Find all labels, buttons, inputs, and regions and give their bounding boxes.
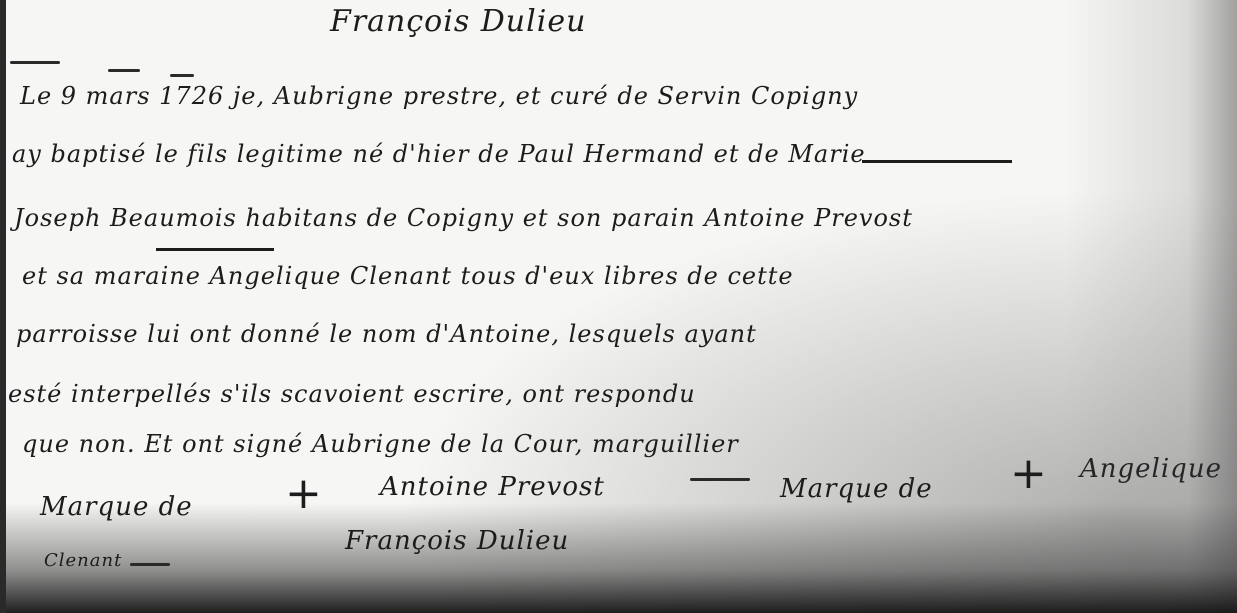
record-line-2: ay baptisé le fils legitime né d'hier de…	[12, 140, 866, 168]
signature-mark-label-1: Marque de	[40, 492, 193, 522]
header-dash	[10, 61, 60, 64]
cross-mark-2: +	[1010, 448, 1047, 499]
signature-angelique: Angelique	[1080, 454, 1222, 484]
record-line-1: Le 9 mars 1726 je, Aubrigne prestre, et …	[20, 82, 858, 110]
record-line-5: parroisse lui ont donné le nom d'Antoine…	[16, 320, 757, 348]
signature-priest: François Dulieu	[345, 526, 569, 556]
name-underline	[156, 248, 274, 251]
record-line-4: et sa maraine Angelique Clenant tous d'e…	[22, 262, 794, 290]
page-left-edge	[0, 0, 6, 613]
header-dash	[170, 74, 194, 77]
cross-mark-1: +	[285, 468, 322, 519]
signature-clenant: Clenant	[44, 550, 122, 571]
record-line-7: que non. Et ont signé Aubrigne de la Cou…	[22, 430, 739, 458]
record-line-3: Joseph Beaumois habitans de Copigny et s…	[14, 204, 913, 232]
signature-antoine-prevost: Antoine Prevost	[380, 472, 605, 502]
signature-flourish	[690, 478, 750, 481]
name-underline	[862, 160, 1012, 163]
signature-flourish	[130, 563, 170, 566]
signature-mark-label-2: Marque de	[780, 474, 933, 504]
record-title: François Dulieu	[330, 4, 586, 39]
header-dash	[108, 69, 140, 72]
record-line-6: esté interpellés s'ils scavoient escrire…	[8, 380, 696, 408]
scanned-document-page: François Dulieu Le 9 mars 1726 je, Aubri…	[0, 0, 1237, 613]
